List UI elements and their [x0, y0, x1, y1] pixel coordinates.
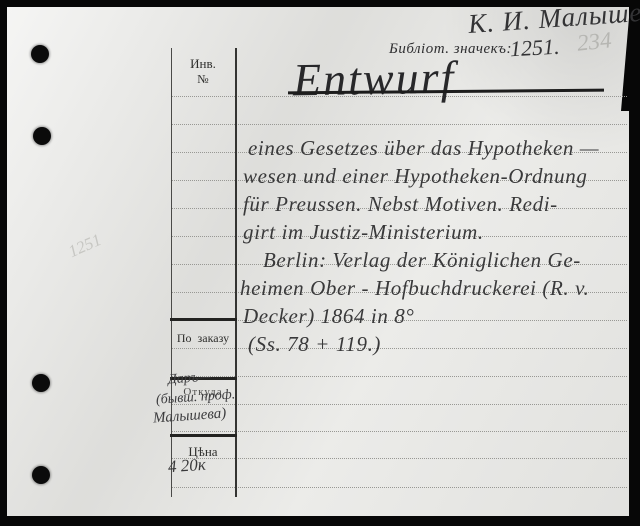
ruled-line	[171, 348, 627, 349]
entry-body-line: heimen Ober - Hofbuchdruckerei (R. v.	[240, 276, 589, 301]
inventory-label-line2: №	[171, 72, 235, 87]
order-label: По заказу	[171, 331, 235, 346]
entry-body-line: Decker) 1864 in 8°	[243, 304, 414, 329]
section-divider-price	[170, 434, 237, 437]
section-divider-order	[170, 318, 237, 321]
punch-hole	[31, 45, 49, 63]
punch-hole	[33, 127, 51, 145]
origin-note-line1: Даръ—	[167, 370, 211, 389]
punch-hole	[32, 466, 50, 484]
entry-body-line: Berlin: Verlag der Königlichen Ge-	[263, 248, 581, 273]
column-left-border	[171, 48, 172, 497]
column-right-border	[235, 48, 237, 497]
entry-title: Entwurf	[293, 51, 456, 107]
entry-body-line: wesen und einer Hypotheken-Ordnung	[243, 164, 587, 189]
punch-hole	[32, 374, 50, 392]
ruled-line	[171, 376, 627, 377]
inventory-label-line1: Инв.	[171, 56, 235, 72]
entry-body-line: (Ss. 78 + 119.)	[248, 332, 381, 357]
ruled-line	[171, 431, 627, 432]
entry-body-line: girt im Justiz-Ministerium.	[243, 220, 484, 245]
ruled-line	[171, 404, 627, 405]
entry-body-line: eines Gesetzes über das Hypotheken —	[248, 136, 599, 161]
pencil-page-number: 234	[576, 27, 613, 56]
entry-body-line: für Preussen. Nebst Motiven. Redi-	[243, 192, 558, 217]
scanned-catalog-card: Инв. № По заказу Откуда Цѣна Даръ— (бывш…	[0, 0, 640, 526]
price-value: 4 20к	[167, 455, 206, 478]
ruled-line	[171, 487, 627, 488]
library-mark-number: 1251.	[509, 34, 560, 63]
ruled-line	[171, 458, 627, 459]
ruled-line	[171, 124, 627, 125]
